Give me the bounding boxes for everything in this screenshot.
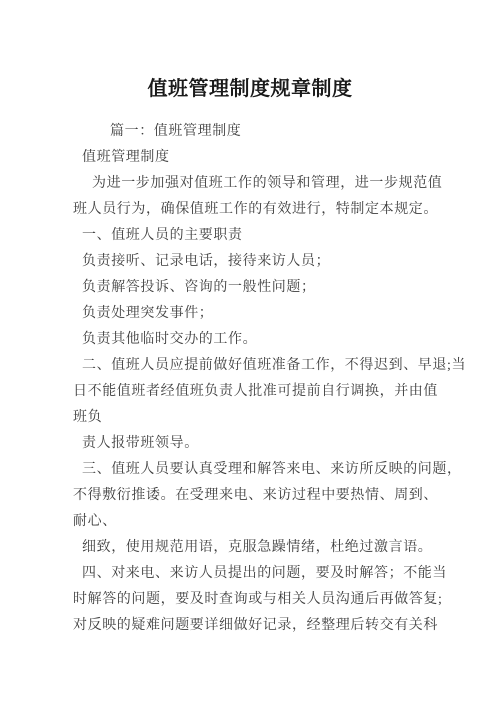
document-title: 值班管理制度规章制度 xyxy=(0,0,500,102)
document-line: 负责解答投诉、咨询的一般性问题； xyxy=(73,275,470,301)
document-line: 细致，使用规范用语，克服急躁情绪，杜绝过激言语。 xyxy=(73,535,470,561)
document-line: 耐心、 xyxy=(73,509,470,535)
document-page: 值班管理制度规章制度 篇一：值班管理制度值班管理制度为进一步加强对值班工作的领导… xyxy=(0,0,500,708)
document-line: 一、值班人员的主要职责 xyxy=(73,223,470,249)
document-body: 篇一：值班管理制度值班管理制度为进一步加强对值班工作的领导和管理，进一步规范值班… xyxy=(0,119,500,639)
document-line: 四、对来电、来访人员提出的问题，要及时解答；不能当 xyxy=(73,561,470,587)
document-line: 为进一步加强对值班工作的领导和管理，进一步规范值 xyxy=(73,171,470,197)
document-line: 值班管理制度 xyxy=(73,145,470,171)
document-line: 对反映的疑难问题要详细做好记录，经整理后转交有关科 xyxy=(73,613,470,639)
document-line: 负责处理突发事件； xyxy=(73,301,470,327)
document-line: 负责其他临时交办的工作。 xyxy=(73,327,470,353)
document-line: 三、值班人员要认真受理和解答来电、来访所反映的问题， xyxy=(73,457,470,483)
document-line: 班人员行为，确保值班工作的有效进行，特制定本规定。 xyxy=(73,197,470,223)
document-line: 责人报带班领导。 xyxy=(73,431,470,457)
document-line: 班负 xyxy=(73,405,470,431)
document-line: 二、值班人员应提前做好值班准备工作，不得迟到、早退;当 xyxy=(73,353,470,379)
document-line: 日不能值班者经值班负责人批准可提前自行调换，并由值 xyxy=(73,379,470,405)
document-line: 负责接听、记录电话，接待来访人员； xyxy=(73,249,470,275)
document-line: 不得敷衍推诿。在受理来电、来访过程中要热情、周到、 xyxy=(73,483,470,509)
document-line: 时解答的问题，要及时查询或与相关人员沟通后再做答复; xyxy=(73,587,470,613)
document-line: 篇一：值班管理制度 xyxy=(73,119,470,145)
